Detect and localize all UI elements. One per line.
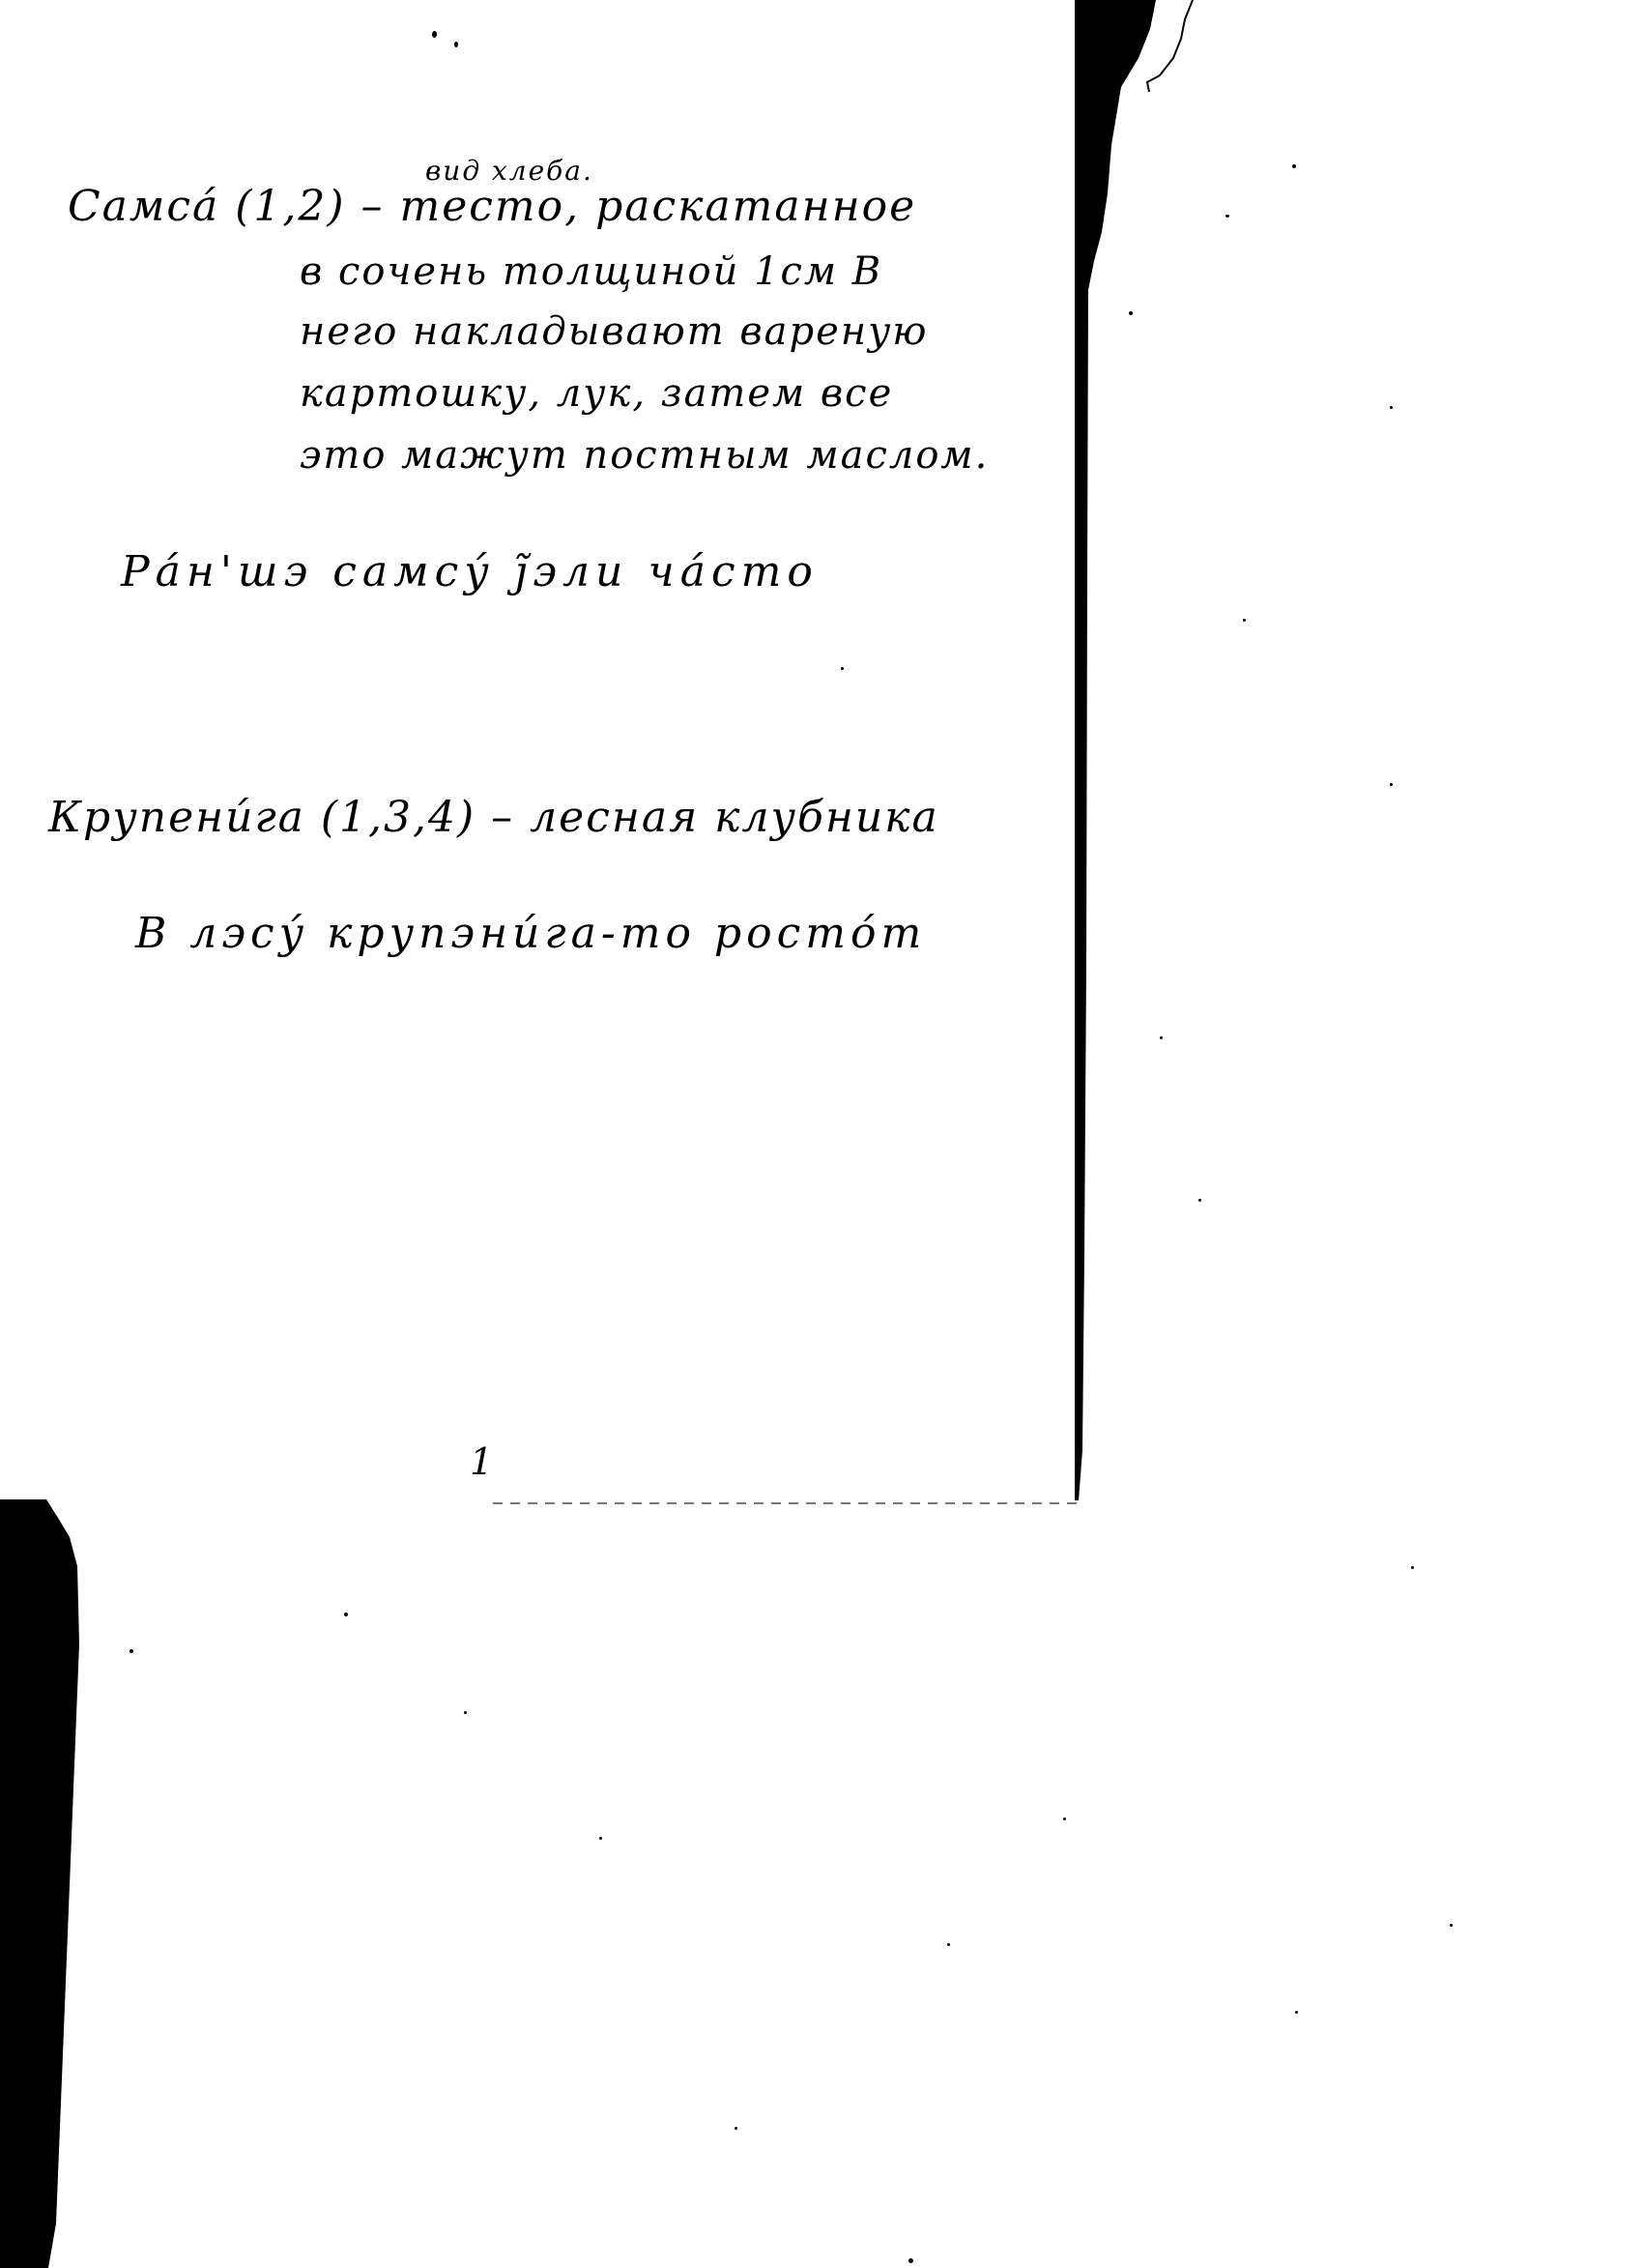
- card-bottom-edge: [493, 1502, 1078, 1504]
- scan-speck: [947, 1943, 950, 1946]
- page-number: 1: [470, 1440, 493, 1483]
- scan-speck: [344, 1613, 348, 1616]
- scan-speck: [1129, 311, 1133, 315]
- example-sentence: В лэсу́ крупэни́га-то росто́т: [135, 909, 926, 958]
- example-sentence: Ра́н'шэ самсу́ ј̃эли ча́сто: [121, 547, 819, 596]
- scan-speck: [1063, 1817, 1066, 1820]
- scan-speck: [1243, 619, 1246, 622]
- scan-speck: [1225, 215, 1229, 218]
- scan-speck: [599, 1837, 602, 1840]
- scan-speck: [464, 1711, 467, 1714]
- scan-speck: [1390, 783, 1393, 786]
- entry-headword-krupeniga: Крупени́га (1,3,4) – лесная клубника: [48, 793, 939, 842]
- definition-line: него накладывают вареную: [300, 309, 929, 354]
- definition-line: это мажут постным маслом.: [300, 433, 989, 478]
- scan-speck: [1295, 2011, 1298, 2014]
- scan-speck: [432, 31, 437, 38]
- definition-line: картошку, лук, затем все: [300, 371, 893, 416]
- entry-headword-samsa: Самса́ (1,2) – тесто, раскатанное: [68, 182, 916, 231]
- scan-speck: [1292, 164, 1296, 168]
- scan-speck: [735, 2127, 737, 2130]
- scan-speck: [130, 1649, 133, 1653]
- scan-speck: [1160, 1036, 1163, 1039]
- scan-speck: [1450, 1924, 1453, 1927]
- scan-speck: [1411, 1566, 1414, 1569]
- definition-line: в сочень толщиной 1см В: [300, 249, 882, 294]
- scanned-page: вид хлеба. Самса́ (1,2) – тесто, раската…: [0, 0, 1643, 2268]
- scan-speck: [841, 667, 844, 670]
- scan-speck: [1198, 1199, 1201, 1202]
- scan-speck: [454, 42, 458, 47]
- scan-speck: [908, 2258, 913, 2263]
- scan-speck: [1390, 406, 1393, 409]
